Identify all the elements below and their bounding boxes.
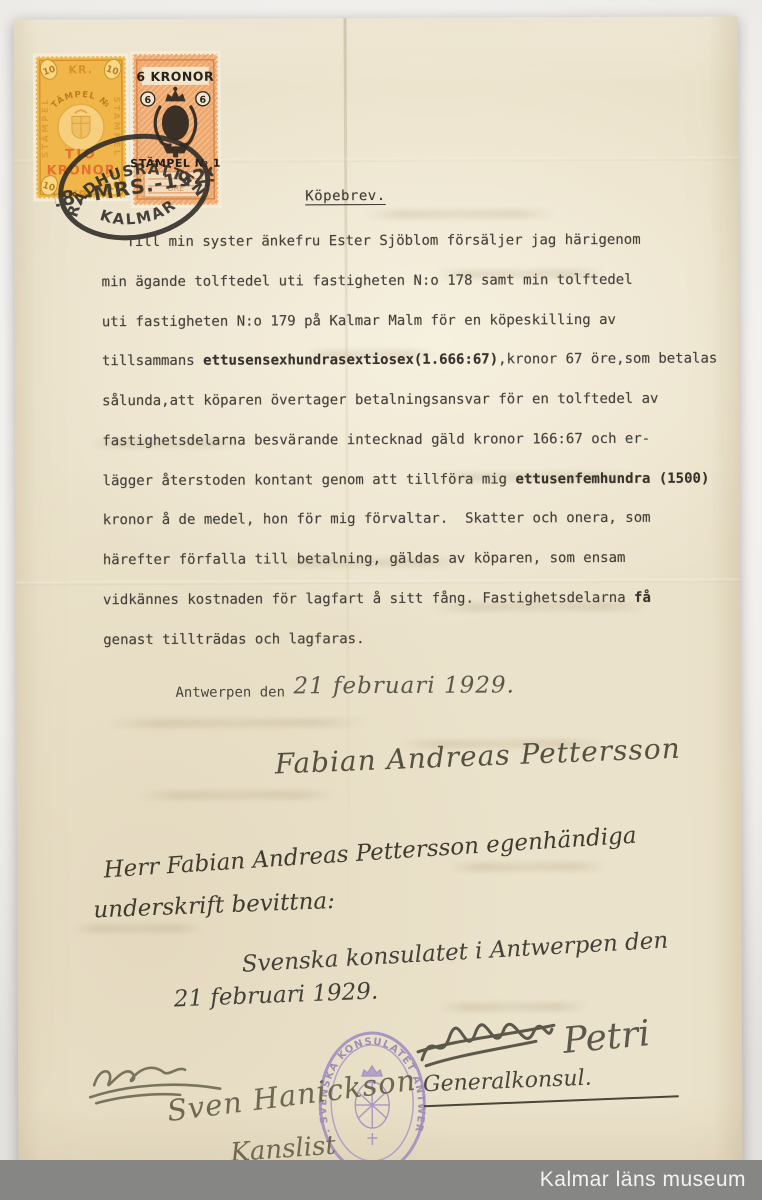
typed-line: tillsammans ettusensexhundrasextiosex(1.…	[102, 351, 717, 393]
typed-line: uti fastigheten N:o 179 på Kalmar Malm f…	[102, 311, 717, 353]
bleedthrough-mark	[137, 790, 337, 800]
attestation-line-1: Herr Fabian Andreas Pettersson egenhändi…	[103, 823, 637, 884]
typed-line: min ägande tolftedel uti fastigheten N:o…	[102, 271, 717, 313]
bleedthrough-mark	[364, 209, 554, 219]
museum-watermark-text: Kalmar läns museum	[0, 1160, 762, 1200]
typed-line: genast tillträdas och lagfaras.	[103, 629, 718, 671]
typed-line: vidkännes kostnaden för lagfart å sitt f…	[103, 589, 718, 631]
photo-background: 10 10 10 10 KR. KR. STÄMPEL STÄMPEL STÄM…	[0, 0, 762, 1200]
svg-text:6: 6	[200, 95, 207, 106]
typed-line: kronor å de medel, hon för mig förvaltar…	[103, 510, 718, 552]
svg-text:6 KRONOR: 6 KRONOR	[136, 69, 214, 84]
typed-body: Till min syster änkefru Ester Sjöblom fö…	[101, 232, 718, 672]
seller-signature: Fabian Andreas Pettersson	[274, 732, 681, 781]
bleedthrough-mark	[107, 718, 367, 728]
typed-line: härefter förfalla till betalning, gäldas…	[103, 550, 718, 592]
consul-signature-flourish	[416, 1015, 556, 1074]
typed-line: fastighetsdelarna besvärande intecknad g…	[102, 430, 717, 472]
document-title: Köpebrev.	[305, 188, 385, 204]
svg-text:KR.: KR.	[68, 63, 92, 76]
bleedthrough-mark	[447, 862, 607, 872]
typed-line: Till min syster änkefru Ester Sjöblom fö…	[101, 232, 716, 274]
typed-dateline: Antwerpen den 21 februari 1929.	[175, 675, 515, 702]
typed-line: lägger återstoden kontant genom att till…	[102, 470, 717, 512]
handwritten-date: 21 februari 1929.	[293, 672, 515, 699]
bleedthrough-mark	[438, 1002, 588, 1012]
typed-line: sålunda,att köparen övertager betalnings…	[102, 391, 717, 433]
consul-signature: Petri	[561, 1013, 651, 1062]
svg-text:6: 6	[145, 95, 152, 106]
consulate-dateline: Svenska konsulatet i Antwerpen den	[241, 928, 669, 978]
dateline-typed-text: Antwerpen den	[175, 684, 293, 701]
bleedthrough-mark	[72, 924, 202, 934]
museum-watermark-bar: Kalmar läns museum	[0, 1160, 762, 1200]
document-paper: 10 10 10 10 KR. KR. STÄMPEL STÄMPEL STÄM…	[13, 16, 742, 1169]
attestation-line-2: underskrift bevittna:	[93, 888, 335, 923]
